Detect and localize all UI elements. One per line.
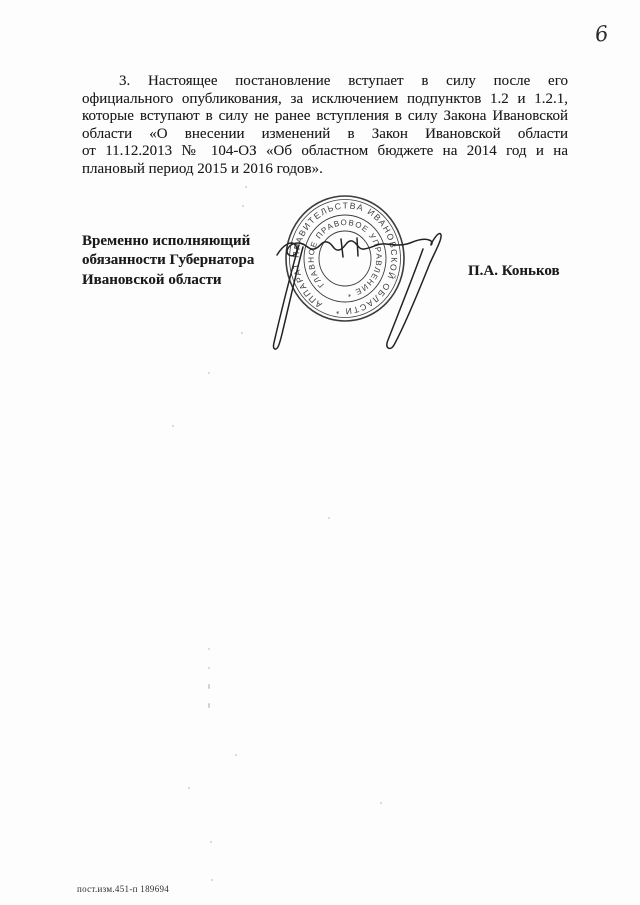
scan-speck [172,425,174,427]
paragraph-line: которые вступают в силу не ранее вступле… [82,108,568,126]
svg-text:ГЛАВНОЕ ПРАВОВОЕ УПРАВЛЕНИЕ *: ГЛАВНОЕ ПРАВОВОЕ УПРАВЛЕНИЕ * [307,218,384,299]
stamp-rings [286,196,404,321]
scan-speck [188,787,190,789]
scan-speck [380,802,382,804]
scan-speck [245,186,247,188]
scan-speck [242,205,244,207]
paragraph-line: от 11.12.2013 № 104-ОЗ «Об областном бюд… [82,143,568,161]
paragraph-line: плановый период 2015 и 2016 годов». [82,161,568,179]
paragraph-line: 3. Настоящее постановление вступает в си… [82,73,568,91]
scan-speck [211,879,213,881]
scan-speck [210,841,212,843]
scan-speck [208,372,210,374]
scan-speck [208,703,210,708]
scan-speck [208,648,210,650]
footer-reference: пост.изм.451-п 189694 [77,884,169,894]
scan-speck [208,667,210,669]
scan-speck [208,684,210,689]
scan-speck [241,332,243,334]
paragraph-line: области «О внесении изменений в Закон Ив… [82,126,568,144]
official-round-stamp: АППАРАТ ПРАВИТЕЛЬСТВА ИВАНОВСКОЙ ОБЛАСТИ… [250,182,450,367]
body-paragraph: 3. Настоящее постановление вступает в си… [82,73,568,179]
stamp-inner-ring-text: ГЛАВНОЕ ПРАВОВОЕ УПРАВЛЕНИЕ * [307,218,384,299]
scan-speck [235,754,237,756]
handwritten-page-number: 6 [593,21,610,47]
signatory-name: П.А. Коньков [468,263,560,280]
document-page: 6 3. Настоящее постановление вступает в … [0,0,640,905]
scan-speck [328,517,330,519]
paragraph-line: официального опубликования, за исключени… [82,91,568,109]
